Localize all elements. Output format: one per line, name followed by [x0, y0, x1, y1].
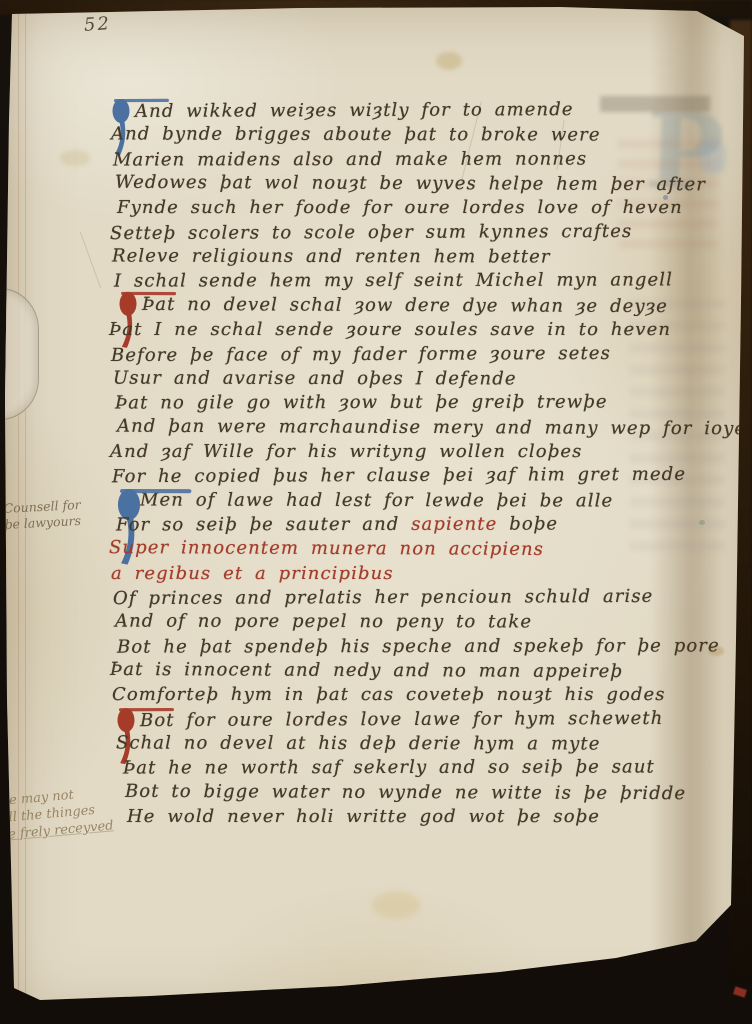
line-text: Bot he þat spendeþ his speche and spekeþ…: [117, 635, 720, 657]
line-text: For so seiþ þe sauter and: [116, 514, 411, 536]
line-text: Usur and avarise and oþes I defende: [113, 367, 517, 389]
line-text: Comforteþ hym in þat cas coveteþ nouȝt h…: [112, 684, 666, 705]
text-line: Þat is innocent and nedy and no man appe…: [110, 659, 623, 683]
line-text: a regibus et a principibus: [111, 563, 394, 584]
text-line: Setteþ scolers to scole oþer sum kynnes …: [110, 221, 632, 245]
text-line: And wikked weiȝes wiȝtly for to amende: [135, 99, 574, 123]
text-line: Before þe face of my fader forme ȝoure s…: [111, 342, 611, 366]
line-text: Releve religiouns and renten hem better: [112, 246, 551, 268]
text-line: Þat I ne schal sende ȝoure soules save i…: [109, 319, 671, 341]
margin-note-counsel: Counsell forþe lawyours: [3, 495, 117, 533]
line-text: Setteþ scolers to scole oþer sum kynnes …: [110, 221, 632, 244]
text-line: Bot to bigge water no wynde ne witte is …: [125, 781, 686, 805]
stain: [60, 150, 90, 166]
line-text: Super innocentem munera non accipiens: [109, 537, 544, 560]
text-line: Men of lawe had lest for lewde þei be al…: [140, 489, 613, 512]
ruling-line: [18, 10, 19, 999]
text-line: Þat he ne worth saf sekerly and so seiþ …: [123, 757, 655, 780]
line-text: Before þe face of my fader forme ȝoure s…: [111, 342, 611, 365]
line-text: For he copied þus her clause þei ȝaf him…: [112, 464, 686, 487]
line-text: He wold never holi writte god wot þe soþ…: [127, 806, 600, 827]
text-line: Of princes and prelatis her pencioun sch…: [113, 586, 653, 610]
page-number: 52: [83, 13, 111, 36]
text-line: Bot he þat spendeþ his speche and spekeþ…: [117, 635, 720, 658]
line-text: And þan were marchaundise mery and many …: [117, 415, 746, 439]
text-line: Wedowes þat wol nouȝt be wyves helpe hem…: [115, 172, 706, 196]
line-text: And wikked weiȝes wiȝtly for to amende: [135, 99, 574, 122]
line-text: Þat no gile go with ȝow but þe greiþ tre…: [115, 392, 608, 414]
text-line: Þat no devel schal ȝow dere dye whan ȝe …: [142, 294, 668, 318]
line-text: boþe: [497, 513, 558, 534]
text-line: Þat no gile go with ȝow but þe greiþ tre…: [115, 392, 608, 415]
text-lines: And wikked weiȝes wiȝtly for to amendeAn…: [113, 100, 728, 840]
text-line: Bot for oure lordes love lawe for hym sc…: [140, 708, 664, 732]
ruling-line: [25, 10, 26, 999]
text-line: For he copied þus her clause þei ȝaf him…: [112, 464, 686, 488]
line-text: Of princes and prelatis her pencioun sch…: [113, 586, 653, 609]
manuscript-page: P 52 And wikked weiȝes wiȝtly for to ame…: [0, 0, 752, 1024]
line-text: Þat is innocent and nedy and no man appe…: [110, 659, 623, 682]
text-line: Usur and avarise and oþes I defende: [113, 367, 517, 390]
line-text: sapiente: [411, 514, 497, 535]
text-line: Super innocentem munera non accipiens: [109, 537, 544, 561]
text-line: For so seiþ þe sauter and sapiente boþe: [116, 513, 558, 536]
stain: [436, 52, 462, 70]
text-line: Comforteþ hym in þat cas coveteþ nouȝt h…: [112, 684, 666, 706]
line-text: And of no pore pepel no peny to take: [115, 611, 532, 633]
line-text: Wedowes þat wol nouȝt be wyves helpe hem…: [115, 172, 706, 195]
line-text: And ȝaf Wille for his writyng wollen clo…: [110, 441, 582, 462]
manuscript-photo: { "page": { "number": "52" }, "ink_color…: [0, 0, 752, 1024]
stain: [372, 891, 420, 919]
line-text: Bot to bigge water no wynde ne witte is …: [125, 781, 686, 804]
line-text: Schal no devel at his deþ derie hym a my…: [116, 733, 601, 755]
line-text: Bot for oure lordes love lawe for hym sc…: [140, 708, 664, 731]
text-line: Schal no devel at his deþ derie hym a my…: [116, 733, 601, 756]
line-text: And bynde brigges aboute þat to broke we…: [111, 124, 601, 146]
line-text: Þat he ne worth saf sekerly and so seiþ …: [123, 757, 655, 779]
line-text: Fynde such her foode for oure lordes lov…: [117, 197, 683, 218]
line-text: I schal sende hem my self seint Michel m…: [114, 270, 673, 292]
parchment-crease: [80, 232, 101, 289]
text-line: Releve religiouns and renten hem better: [112, 246, 551, 269]
line-text: Þat I ne schal sende ȝoure soules save i…: [109, 319, 671, 340]
text-line: I schal sende hem my self seint Michel m…: [114, 270, 673, 293]
margin-note-line: Counsell for: [3, 495, 116, 517]
line-text: Men of lawe had lest for lewde þei be al…: [140, 489, 613, 511]
text-line: And ȝaf Wille for his writyng wollen clo…: [110, 441, 582, 463]
line-text: Þat no devel schal ȝow dere dye whan ȝe …: [142, 294, 668, 317]
text-line: a regibus et a principibus: [111, 563, 394, 585]
red-edge-speck: [733, 986, 747, 997]
text-line: And bynde brigges aboute þat to broke we…: [111, 124, 601, 147]
line-text: Marien maidens also and make hem nonnes: [113, 148, 587, 170]
text-line: Marien maidens also and make hem nonnes: [113, 148, 587, 171]
margin-note-line: þe lawyours: [4, 511, 117, 533]
text-line: Fynde such her foode for oure lordes lov…: [117, 197, 683, 219]
text-line: He wold never holi writte god wot þe soþ…: [127, 806, 600, 828]
text-line: And of no pore pepel no peny to take: [115, 611, 532, 634]
text-line: And þan were marchaundise mery and many …: [117, 415, 746, 440]
